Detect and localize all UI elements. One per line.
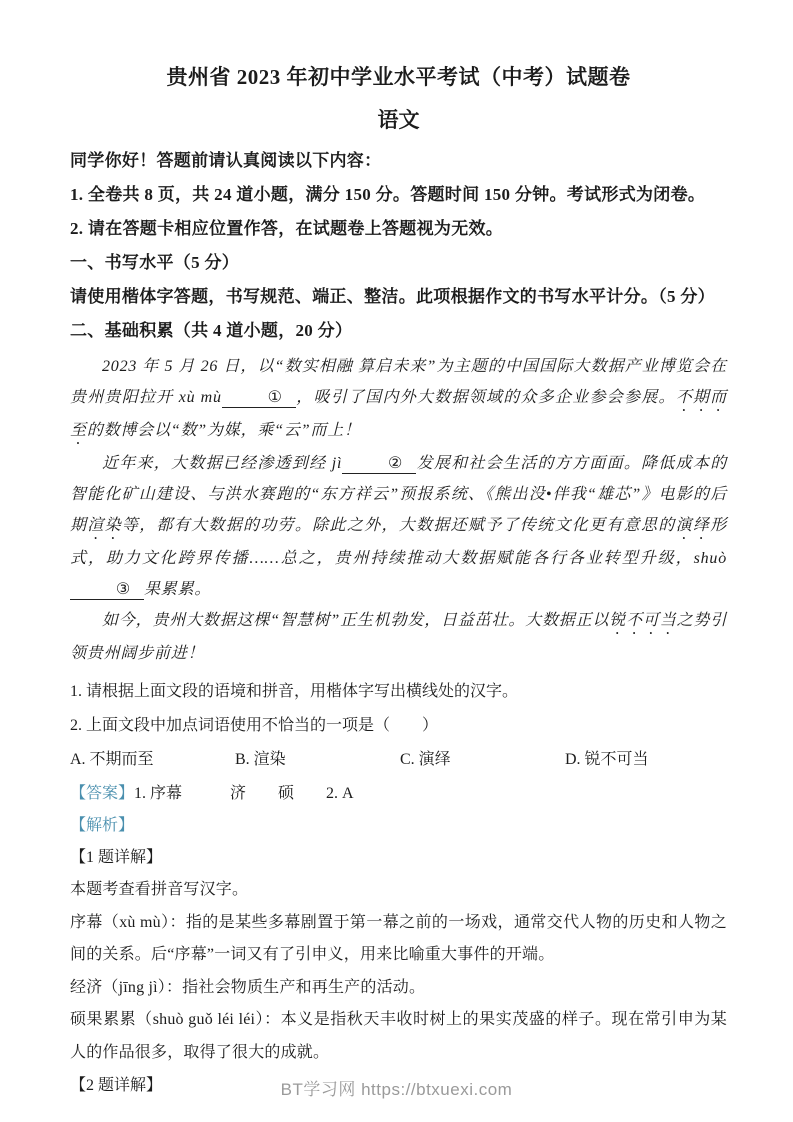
option-a: A. 不期而至 <box>70 743 235 777</box>
watermark: BT学习网 https://btxuexi.com <box>0 1075 793 1100</box>
option-c: C. 演绎 <box>400 743 565 777</box>
pinyin-blank-3: ③ <box>70 581 144 600</box>
notice-block: 同学你好！答题前请认真阅读以下内容： 1. 全卷共 8 页，共 24 道小题，满… <box>70 144 727 348</box>
answer-label: 【答案】 <box>70 785 134 802</box>
reading-passage: 2023 年 5 月 26 日，以“数实相融 算启未来”为主题的中国国际大数据产… <box>70 351 727 669</box>
detail-1-heading: 【1 题详解】 <box>70 842 727 874</box>
emphasized-word: 渲染 <box>87 517 122 534</box>
answer-content: 1. 序幕 济 硕 2. A <box>134 785 354 802</box>
option-d: D. 锐不可当 <box>565 743 727 777</box>
pinyin-blank-1: ① <box>222 389 296 408</box>
analysis-label: 【解析】 <box>70 817 134 834</box>
explanation-line-4: 硕果累累（shuò guǒ léi léi）：本义是指秋天丰收时树上的果实茂盛的… <box>70 1004 727 1069</box>
question-block: 1. 请根据上面文段的语境和拼音，用楷体字写出横线处的汉字。 2. 上面文段中加… <box>70 675 727 777</box>
pinyin-blank-2: ② <box>342 455 416 474</box>
greeting-line: 同学你好！答题前请认真阅读以下内容： <box>70 144 727 178</box>
exam-page: 贵州省 2023 年初中学业水平考试（中考）试题卷 语文 同学你好！答题前请认真… <box>0 0 793 1102</box>
option-b: B. 渲染 <box>235 743 400 777</box>
explanation-line-2: 序幕（xù mù）：指的是某些多幕剧置于第一幕之前的一场戏，通常交代人物的历史和… <box>70 907 727 972</box>
passage-text: ，吸引了国内外大数据领域的众多企业参会参展。 <box>296 389 676 406</box>
notice-line-2: 2. 请在答题卡相应位置作答，在试题卷上答题视为无效。 <box>70 212 727 246</box>
passage-text: 的数博会以“数”为媒，乘“云”而上！ <box>87 422 361 439</box>
option-row: A. 不期而至 B. 渲染 C. 演绎 D. 锐不可当 <box>70 743 727 777</box>
explanation-line-1: 本题考查看拼音写汉字。 <box>70 874 727 907</box>
answer-line: 【答案】1. 序幕 济 硕 2. A <box>70 778 727 809</box>
explanation-block: 本题考查看拼音写汉字。 序幕（xù mù）：指的是某些多幕剧置于第一幕之前的一场… <box>70 874 727 1069</box>
passage-paragraph-3: 如今，贵州大数据这棵“智慧树”正生机勃发，日益茁壮。大数据正以锐不可当之势引领贵… <box>70 605 727 669</box>
emphasized-word: 锐不可当 <box>609 612 676 629</box>
analysis-line: 【解析】 <box>70 810 727 841</box>
section1-heading: 一、书写水平（5 分） <box>70 246 727 280</box>
explanation-line-3: 经济（jīng jì）：指社会物质生产和再生产的活动。 <box>70 972 727 1005</box>
question-1: 1. 请根据上面文段的语境和拼音，用楷体字写出横线处的汉字。 <box>70 675 727 709</box>
notice-line-1: 1. 全卷共 8 页，共 24 道小题，满分 150 分。答题时间 150 分钟… <box>70 178 727 212</box>
passage-text: 近年来，大数据已经渗透到经 jì <box>102 455 342 472</box>
passage-paragraph-2: 近年来，大数据已经渗透到经 jì②发展和社会生活的方方面面。降低成本的智能化矿山… <box>70 448 727 605</box>
page-title: 贵州省 2023 年初中学业水平考试（中考）试题卷 <box>70 62 727 92</box>
passage-paragraph-1: 2023 年 5 月 26 日，以“数实相融 算启未来”为主题的中国国际大数据产… <box>70 351 727 448</box>
emphasized-word: 演绎 <box>676 517 711 534</box>
passage-text: 如今，贵州大数据这棵“智慧树”正生机勃发，日益茁壮。大数据正以 <box>102 612 609 629</box>
section1-body: 请使用楷体字答题，书写规范、端正、整洁。此项根据作文的书写水平计分。（5 分） <box>70 280 727 314</box>
passage-text: 等，都有大数据的功劳。除此之外，大数据还赋予了传统文化更有意思的 <box>122 517 676 534</box>
subject-title: 语文 <box>70 105 727 135</box>
section2-heading: 二、基础积累（共 4 道小题，20 分） <box>70 314 727 348</box>
question-2: 2. 上面文段中加点词语使用不恰当的一项是（ ） <box>70 709 727 743</box>
passage-text: 果累累。 <box>144 581 211 598</box>
